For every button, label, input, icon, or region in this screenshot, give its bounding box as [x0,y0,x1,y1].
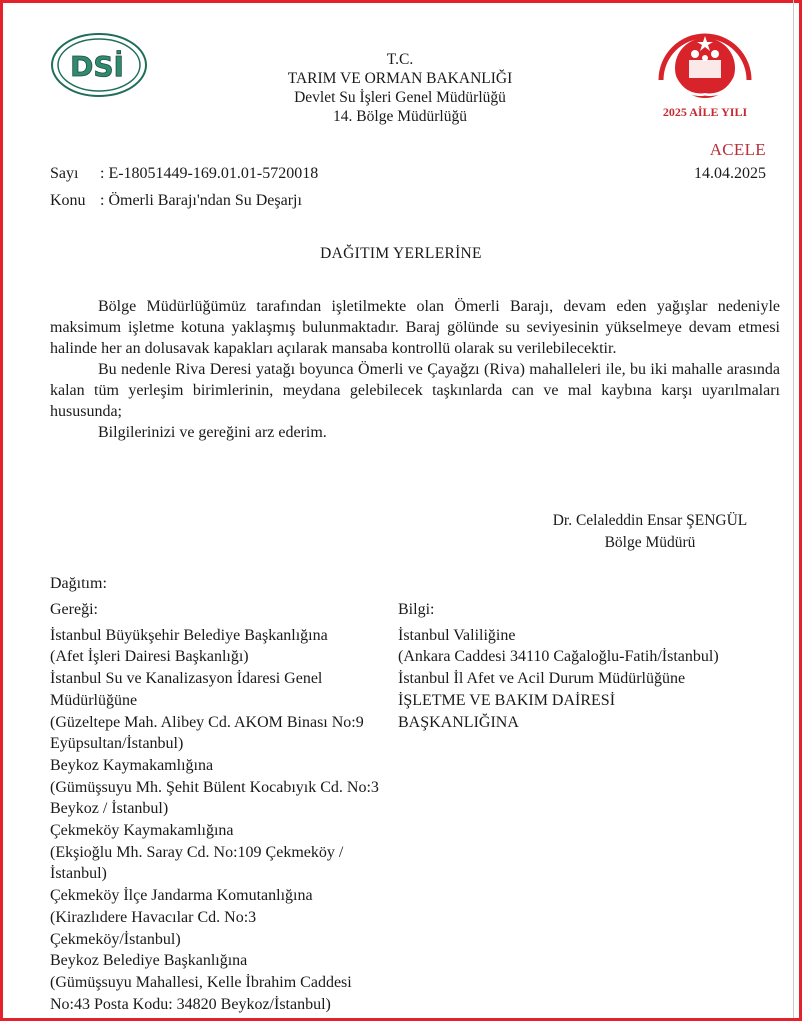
letterhead: T.C. TARIM VE ORMAN BAKANLIĞI Devlet Su … [230,50,570,126]
signatory-name: Dr. Celaleddin Ensar ŞENGÜL [520,510,780,532]
letter-body: Bölge Müdürlüğümüz tarafından işletilmek… [50,296,780,443]
letterhead-directorate: Devlet Su İşleri Genel Müdürlüğü [230,88,570,107]
body-paragraph-2: Bu nedenle Riva Deresi yatağı boyunca Öm… [50,359,780,422]
dsi-logo: DSİ [50,32,148,98]
letterhead-ministry: TARIM VE ORMAN BAKANLIĞI [230,69,570,88]
distribution-line: BAŞKANLIĞINA [398,712,788,734]
body-paragraph-1: Bölge Müdürlüğümüz tarafından işletilmek… [50,296,780,359]
distribution-line: No:43 Posta Kodu: 34820 Beykoz/İstanbul) [50,994,390,1016]
letterhead-tc: T.C. [230,50,570,69]
action-heading: Gereği: [50,599,390,621]
subject-row: Konu: Ömerli Barajı'ndan Su Deşarjı [50,192,302,210]
addressee-heading: DAĞITIM YERLERİNE [0,245,802,263]
distribution-line: Çekmeköy İlçe Jandarma Komutanlığına [50,885,390,907]
distribution-line: (Ekşioğlu Mh. Saray Cd. No:109 Çekmeköy … [50,842,390,864]
distribution-line: (Afet İşleri Dairesi Başkanlığı) [50,646,390,668]
distribution-line: Müdürlüğüne [50,690,390,712]
distribution-line: Beykoz Belediye Başkanlığına [50,950,390,972]
distribution-line: İstanbul Büyükşehir Belediye Başkanlığın… [50,625,390,647]
family-year-caption: 2025 AİLE YILI [663,105,748,119]
distribution-label: Dağıtım: [50,575,107,593]
reference-number-row: Sayı: E-18051449-169.01.01-5720018 [50,165,318,183]
right-edge-line [793,0,794,1018]
distribution-line: (Ankara Caddesi 34110 Cağaloğlu-Fatih/İs… [398,646,788,668]
priority-label: ACELE [710,140,766,160]
distribution-line: Beykoz / İstanbul) [50,798,390,820]
reference-number-value: : E-18051449-169.01.01-5720018 [100,165,318,182]
family-year-logo: 2025 AİLE YILI [643,18,767,122]
distribution-line: (Gümüşsuyu Mh. Şehit Bülent Kocabıyık Cd… [50,777,390,799]
distribution-line: İstanbul İl Afet ve Acil Durum Müdürlüğü… [398,668,788,690]
distribution-line: (Güzeltepe Mah. Alibey Cd. AKOM Binası N… [50,712,390,734]
distribution-line: İstanbul Su ve Kanalizasyon İdaresi Gene… [50,668,390,690]
distribution-line: Çekmeköy Kaymakamlığına [50,820,390,842]
signatory-title: Bölge Müdürü [520,532,780,554]
distribution-line: İŞLETME VE BAKIM DAİRESİ [398,690,788,712]
body-paragraph-3: Bilgilerinizi ve gereğini arz ederim. [50,422,780,443]
info-heading: Bilgi: [398,599,788,621]
dsi-logo-text: DSİ [70,49,124,83]
distribution-line: (Kirazlıdere Havacılar Cd. No:3 [50,907,390,929]
distribution-line: Beykoz Kaymakamlığına [50,755,390,777]
subject-label: Konu [50,192,100,210]
letterhead-region: 14. Bölge Müdürlüğü [230,107,570,126]
document-date: 14.04.2025 [694,165,766,183]
distribution-line: Çekmeköy/İstanbul) [50,929,390,951]
distribution-line: (Gümüşsuyu Mahallesi, Kelle İbrahim Cadd… [50,972,390,994]
signature-block: Dr. Celaleddin Ensar ŞENGÜL Bölge Müdürü [520,510,780,554]
reference-number-label: Sayı [50,165,100,183]
distribution-line: İstanbul) [50,863,390,885]
distribution-line: Eyüpsultan/İstanbul) [50,733,390,755]
distribution-info-list: Bilgi: İstanbul Valiliğine(Ankara Caddes… [398,599,788,733]
distribution-line: İstanbul Valiliğine [398,625,788,647]
distribution-action-list: Gereği: İstanbul Büyükşehir Belediye Baş… [50,599,390,1015]
subject-value: : Ömerli Barajı'ndan Su Deşarjı [100,192,302,209]
